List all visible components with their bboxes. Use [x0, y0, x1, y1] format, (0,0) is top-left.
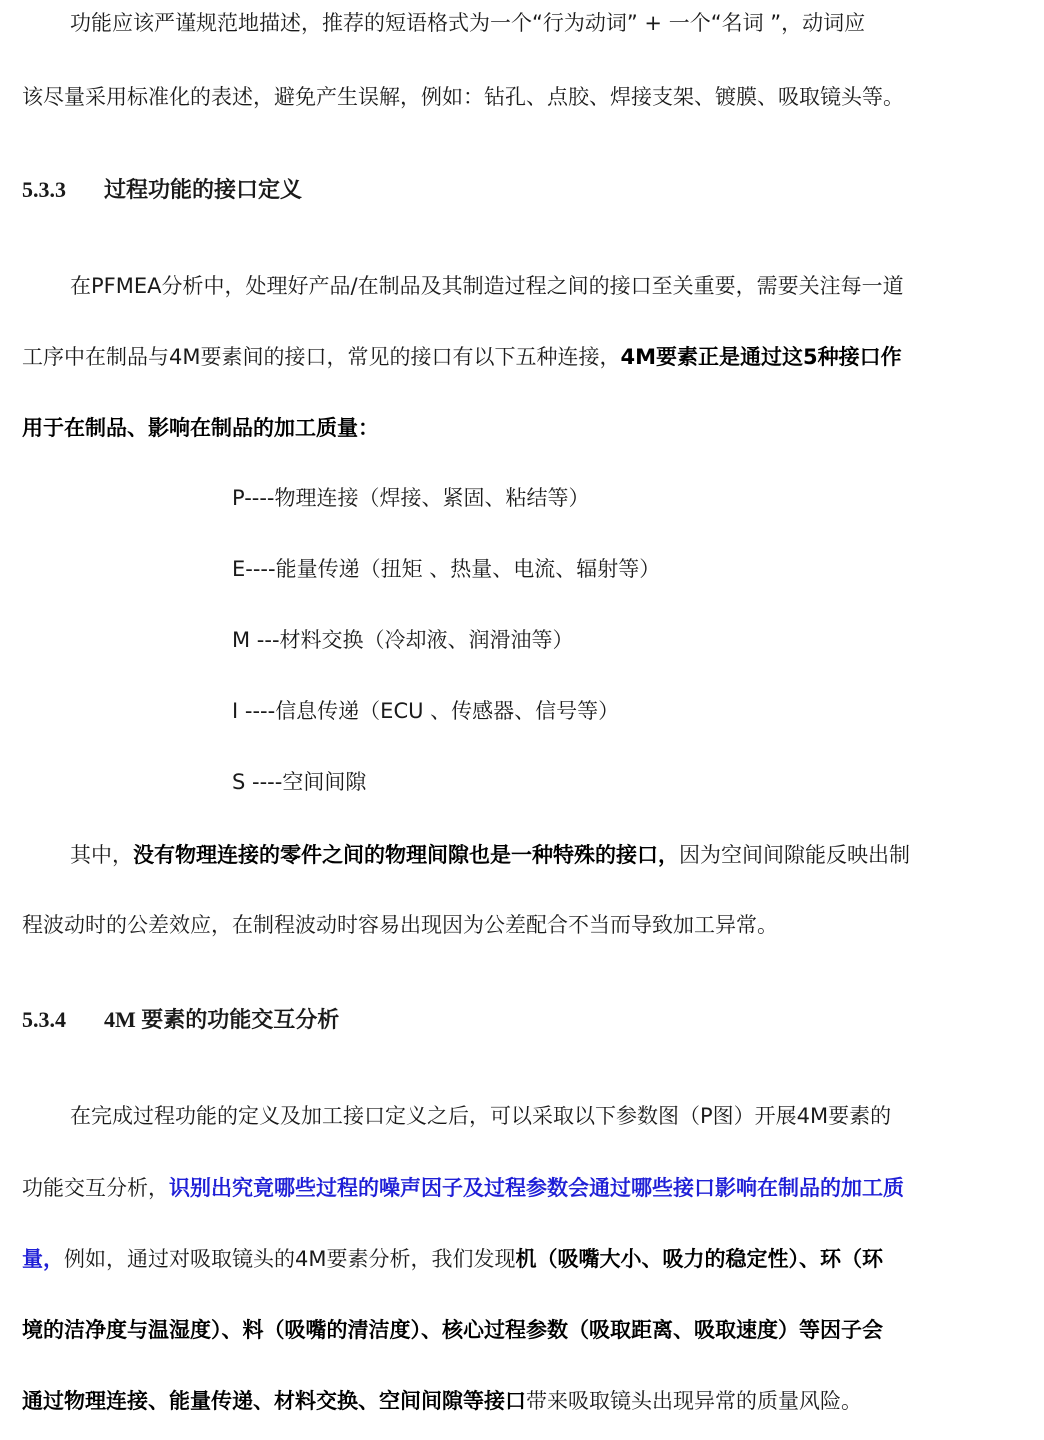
highlighted-blue-text: 识别出究竟哪些过程的噪声因子及过程参数会通过哪些接口影响在制品的加工质 [169, 1176, 904, 1200]
paragraph-2-line-2: 工序中在制品与4M要素间的接口，常见的接口有以下五种连接，4M要素正是通过这5种… [22, 342, 1026, 372]
paragraph-3-line-1: 其中，没有物理连接的零件之间的物理间隙也是一种特殊的接口，因为空间间隙能反映出制 [70, 840, 1026, 870]
section-number: 5.3.4 [22, 1005, 104, 1035]
paragraph-4-line-5: 通过物理连接、能量传递、材料交换、空间间隙等接口带来吸取镜头出现异常的质量风险。 [22, 1386, 1026, 1416]
paragraph-4-line-3-text: 例如，通过对吸取镜头的4M要素分析，我们发现 [64, 1247, 515, 1271]
interface-text: 空间间隙 [282, 770, 366, 794]
paragraph-4-line-5-emphasis: 通过物理连接、能量传递、材料交换、空间间隙等接口 [22, 1389, 526, 1413]
paragraph-4-line-2: 功能交互分析，识别出究竟哪些过程的噪声因子及过程参数会通过哪些接口影响在制品的加… [22, 1173, 1026, 1203]
interface-text: 材料交换（冷却液、润滑油等） [280, 628, 574, 652]
interface-code: I ---- [232, 699, 275, 723]
paragraph-3-suffix: 因为空间间隙能反映出制 [679, 843, 910, 867]
paragraph-2-line-3-emphasis: 用于在制品、影响在制品的加工质量： [22, 416, 379, 440]
paragraph-4-line-3: 量，例如，通过对吸取镜头的4M要素分析，我们发现机（吸嘴大小、吸力的稳定性）、环… [22, 1244, 1026, 1274]
interface-item-m: M ---材料交换（冷却液、润滑油等） [232, 625, 1026, 655]
paragraph-4-line-4: 境的洁净度与温湿度）、料（吸嘴的清洁度）、核心过程参数（吸取距离、吸取速度）等因… [22, 1315, 1026, 1345]
interface-code: S ---- [232, 770, 282, 794]
section-title: 4M 要素的功能交互分析 [104, 1007, 339, 1032]
interface-code: E---- [232, 557, 276, 581]
interface-item-p: P----物理连接（焊接、紧固、粘结等） [232, 483, 1026, 513]
section-heading-5-3-3: 5.3.3过程功能的接口定义 [22, 175, 302, 205]
paragraph-4-line-3-emphasis: 机（吸嘴大小、吸力的稳定性）、环（环 [515, 1247, 883, 1271]
section-title: 过程功能的接口定义 [104, 177, 302, 202]
paragraph-2-line-2-emphasis: 4M要素正是通过这5种接口作 [620, 345, 901, 369]
interface-code: M --- [232, 628, 280, 652]
interface-item-s: S ----空间间隙 [232, 767, 1026, 797]
paragraph-2-line-1: 在PFMEA分析中，处理好产品/在制品及其制造过程之间的接口至关重要，需要关注每… [70, 271, 1026, 301]
paragraph-4-line-1: 在完成过程功能的定义及加工接口定义之后，可以采取以下参数图（P图）开展4M要素的 [70, 1101, 1026, 1131]
section-heading-5-3-4: 5.3.44M 要素的功能交互分析 [22, 1005, 339, 1035]
paragraph-3-emphasis: 没有物理连接的零件之间的物理间隙也是一种特殊的接口， [133, 843, 679, 867]
paragraph-2-line-3: 用于在制品、影响在制品的加工质量： [22, 413, 1026, 443]
paragraph-2-line-2-text: 工序中在制品与4M要素间的接口，常见的接口有以下五种连接， [22, 345, 620, 369]
interface-text: 能量传递（扭矩 、热量、电流、辐射等） [276, 557, 661, 581]
interface-text: 物理连接（焊接、紧固、粘结等） [275, 486, 590, 510]
paragraph-4-line-2-text: 功能交互分析， [22, 1176, 169, 1200]
paragraph-3-prefix: 其中， [70, 843, 133, 867]
paragraph-4-line-5-text: 带来吸取镜头出现异常的质量风险。 [526, 1389, 862, 1413]
section-number: 5.3.3 [22, 175, 104, 205]
interface-text: 信息传递（ECU 、传感器、信号等） [275, 699, 619, 723]
paragraph-3-line-2: 程波动时的公差效应，在制程波动时容易出现因为公差配合不当而导致加工异常。 [22, 910, 1026, 940]
highlighted-blue-text-end: 量， [22, 1247, 64, 1271]
paragraph-1-line-1: 功能应该严谨规范地描述，推荐的短语格式为一个“行为动词” + 一个“名词 ”，动… [70, 8, 1026, 38]
interface-item-i: I ----信息传递（ECU 、传感器、信号等） [232, 696, 1026, 726]
paragraph-4-line-4-emphasis: 境的洁净度与温湿度）、料（吸嘴的清洁度）、核心过程参数（吸取距离、吸取速度）等因… [22, 1318, 883, 1342]
paragraph-1-line-2: 该尽量采用标准化的表述，避免产生误解，例如：钻孔、点胶、焊接支架、镀膜、吸取镜头… [22, 82, 1026, 112]
interface-item-e: E----能量传递（扭矩 、热量、电流、辐射等） [232, 554, 1026, 584]
interface-code: P---- [232, 486, 275, 510]
